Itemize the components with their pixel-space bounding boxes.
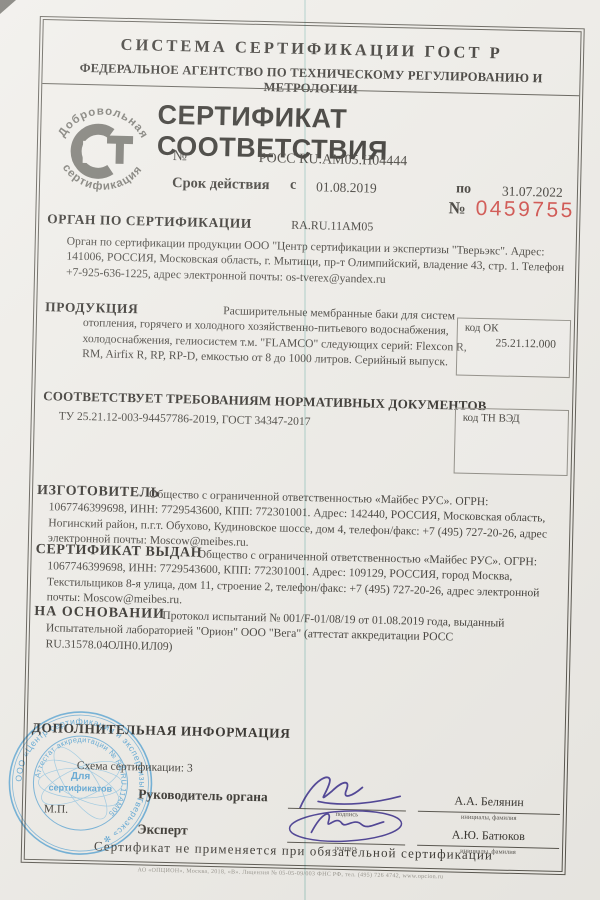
logo-p-letter: Р [80, 134, 102, 170]
certificate-scan: СИСТЕМА СЕРТИФИКАЦИИ ГОСТ Р ФЕДЕРАЛЬНОЕ … [0, 0, 600, 900]
product-text: Расширительные мембранные баки для систе… [82, 300, 475, 371]
code-ok-label: код ОК [465, 322, 499, 335]
code-ok-box: код ОК 25.21.12.000 [456, 317, 571, 378]
cert-number-label: № [173, 148, 188, 165]
validity-from-word: с [290, 178, 297, 194]
scan-corner-artifact [0, 0, 16, 14]
head-name: А.А. Белянин [418, 793, 560, 811]
cert-number-value: РОСС RU.АМ05.Н04444 [258, 151, 407, 170]
code-tnved-label: код ТН ВЭД [463, 412, 520, 425]
validity-to-word: по [456, 181, 471, 197]
certificate-frame: СИСТЕМА СЕРТИФИКАЦИИ ГОСТ Р ФЕДЕРАЛЬНОЕ … [21, 16, 585, 875]
system-title: СИСТЕМА СЕРТИФИКАЦИИ ГОСТ Р [43, 33, 580, 65]
validity-label: Срок действия [172, 175, 270, 194]
code-ok-value: 25.21.12.000 [495, 337, 556, 350]
code-tnved-box: код ТН ВЭД [454, 407, 569, 476]
head-role-label: Руководитель органа [138, 786, 268, 805]
form-number-sign: № [448, 198, 466, 218]
svg-text:Добровольная: Добровольная [56, 104, 151, 141]
stamp-center-top-text: Для [71, 771, 91, 782]
org-section-label: ОРГАН ПО СЕРТИФИКАЦИИ [47, 211, 252, 232]
expert-role-label: Эксперт [137, 821, 188, 838]
compliance-text: ТУ 25.21.12-003-94457786-2019, ГОСТ 3434… [59, 408, 449, 432]
org-text: Орган по сертификации продукции ООО "Цен… [66, 234, 575, 292]
logo-arc-top-text: Добровольная [56, 104, 151, 141]
org-reg-number: RA.RU.11АМ05 [291, 218, 374, 235]
form-number-value: 0459755 [475, 197, 575, 223]
expert-name: А.Ю. Батюков [417, 827, 559, 845]
logo-t-shape [107, 136, 134, 165]
stamp-place-mark: М.П. [44, 803, 69, 816]
stamp-center-bottom-text: сертификатов [48, 782, 112, 793]
validity-from-date: 01.08.2019 [316, 179, 377, 196]
rst-voluntary-certification-logo-icon: Добровольная сертификация Р [41, 88, 164, 211]
certificate-frame-inner: СИСТЕМА СЕРТИФИКАЦИИ ГОСТ Р ФЕДЕРАЛЬНОЕ … [24, 19, 582, 872]
certificate-sheet: СИСТЕМА СЕРТИФИКАЦИИ ГОСТ Р ФЕДЕРАЛЬНОЕ … [20, 16, 582, 890]
